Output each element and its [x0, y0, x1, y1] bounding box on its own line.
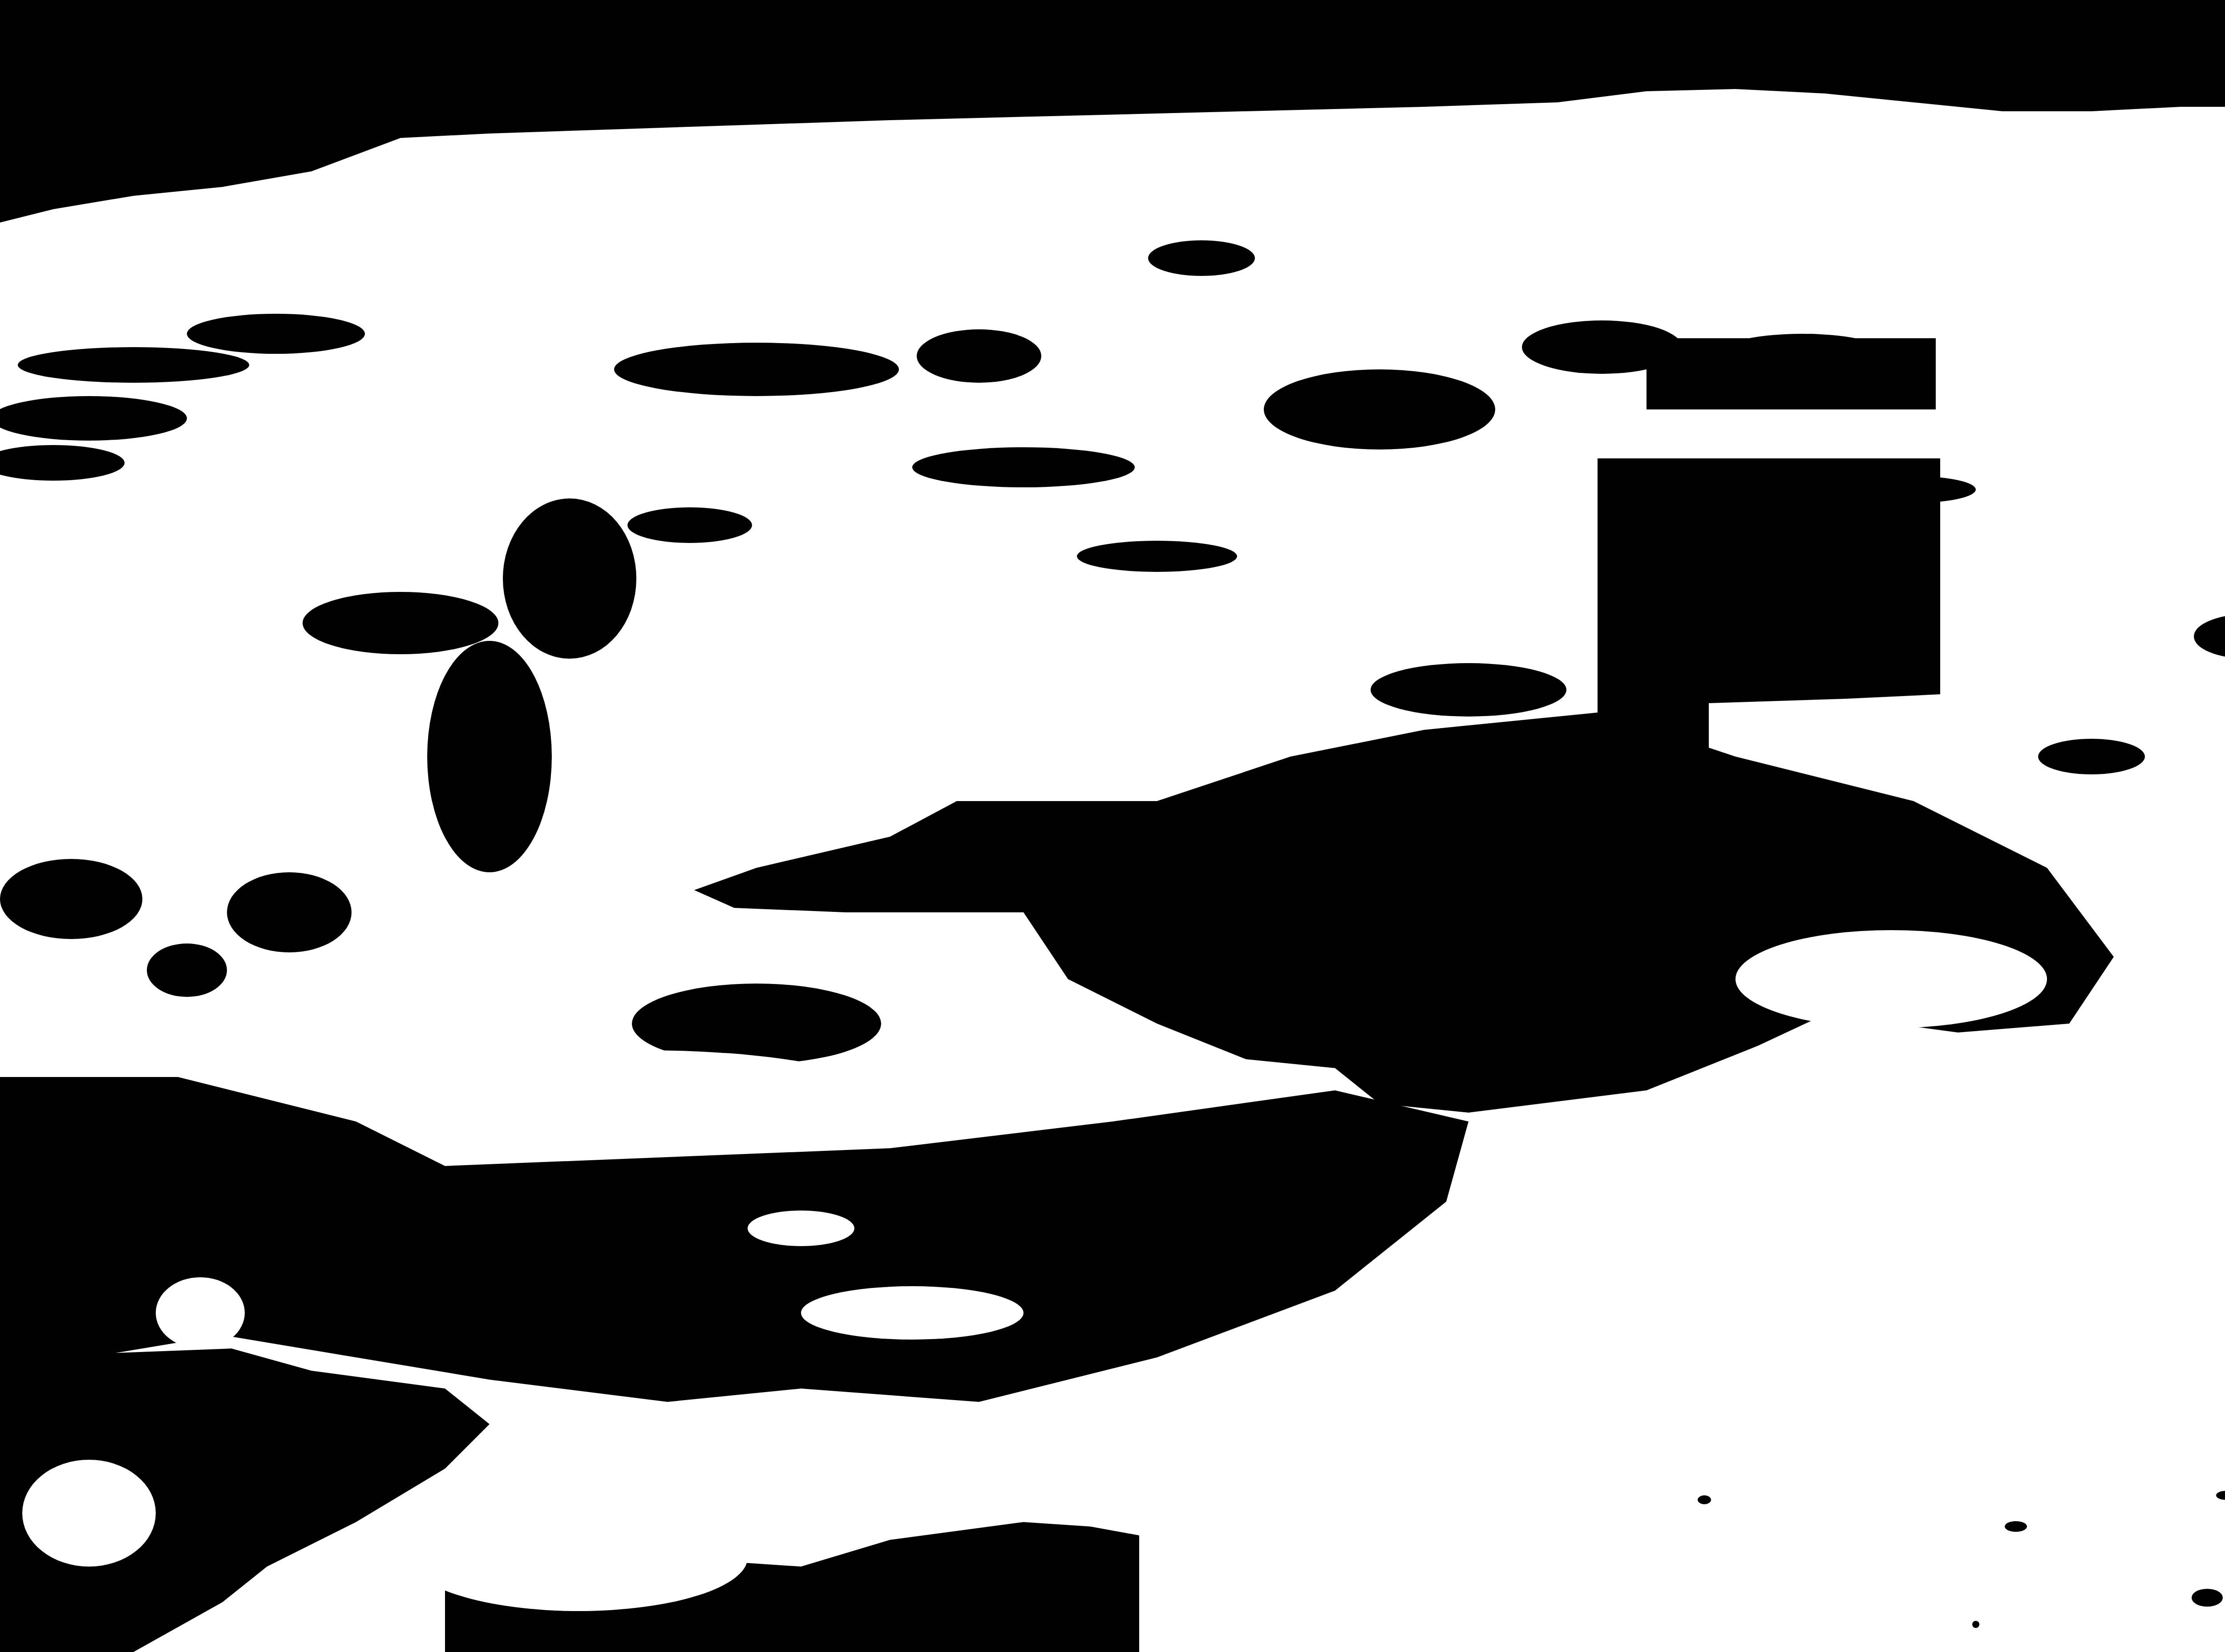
lunar-landscape-image	[0, 0, 2225, 1652]
bright-crater	[1735, 930, 2047, 1028]
shadow-block-top	[1646, 338, 1936, 409]
